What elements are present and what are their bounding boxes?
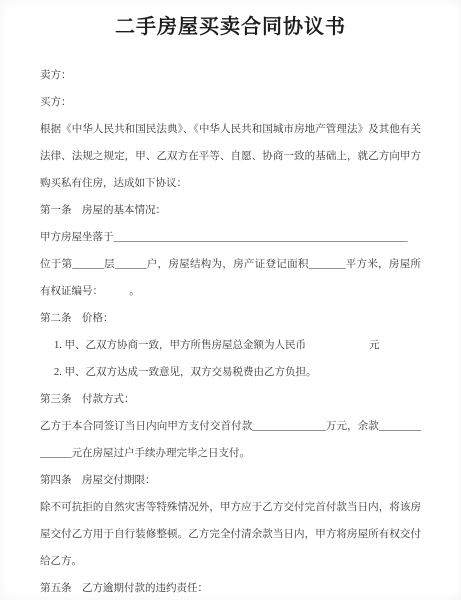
contract-document-page: 二手房屋买卖合同协议书 卖方： 买方： 根据《中华人民共和国民法典》、《中华人民… [0, 0, 461, 600]
buyer-label-line: 买方： [40, 89, 421, 116]
article3-heading: 第三条 付款方式： [40, 386, 421, 413]
article5-heading: 第五条 乙方逾期付款的违约责任： [40, 575, 421, 600]
preamble-paragraph: 根据《中华人民共和国民法典》、《中华人民共和国城市房地产管理法》及其他有关法律、… [40, 116, 421, 197]
article2-item2: 2. 甲、乙双方达成一致意见，双方交易税费由乙方负担。 [40, 359, 421, 386]
seller-label-line: 卖方： [40, 62, 421, 89]
article3-body-paragraph: 乙方于本合同签订当日内向甲方支付交首付款______________万元，余款_… [40, 413, 421, 467]
article1-details-paragraph: 位于第______层______户，房屋结构为，房产证登记面积_______平方… [40, 251, 421, 305]
article4-body-paragraph: 除不可抗拒的自然灾害等特殊情况外，甲方应于乙方交付完首付款当日内，将该房屋交付乙… [40, 494, 421, 575]
article2-item1: 1. 甲、乙双方协商一致，甲方所售房屋总金额为人民币 元 [40, 332, 421, 359]
article4-heading: 第四条 房屋交付期限： [40, 467, 421, 494]
article2-heading: 第二条 价格： [40, 305, 421, 332]
article1-heading: 第一条 房屋的基本情况： [40, 197, 421, 224]
document-title: 二手房屋买卖合同协议书 [40, 12, 421, 42]
article1-location-blank-line: 甲方房屋坐落于_________________________________… [40, 224, 421, 251]
